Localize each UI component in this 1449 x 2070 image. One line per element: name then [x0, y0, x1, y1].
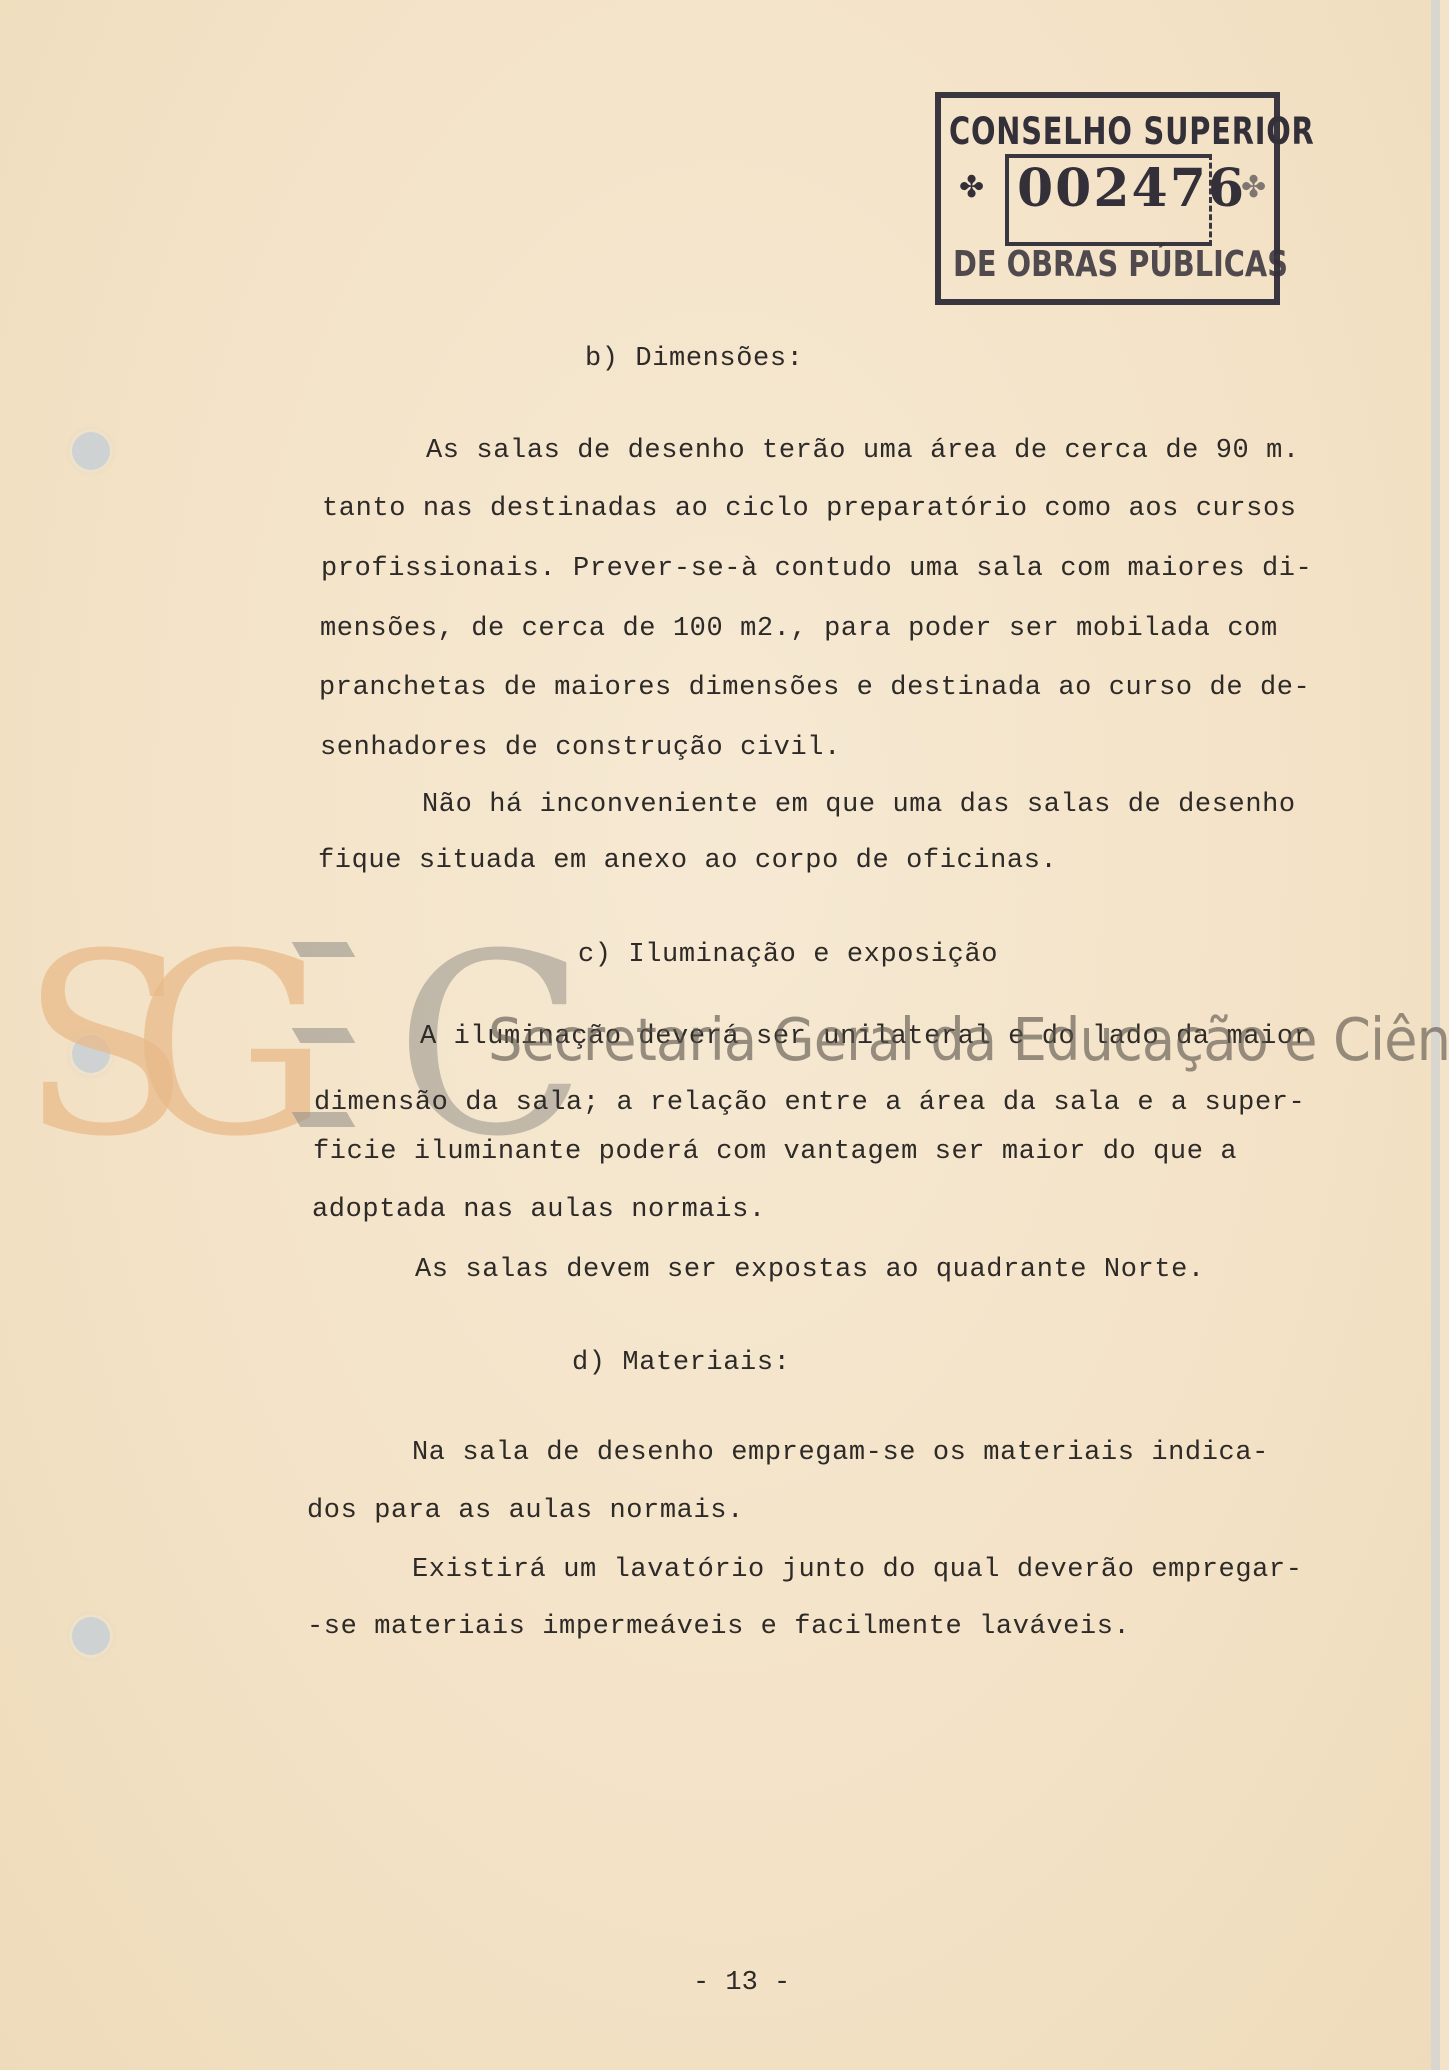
text-line: dos para as aulas normais.: [307, 1496, 744, 1526]
text-line: pranchetas de maiores dimensões e destin…: [319, 673, 1310, 703]
watermark-bar: [292, 942, 356, 957]
punch-hole: [72, 432, 110, 470]
section-heading: d) Materiais:: [572, 1348, 790, 1378]
document-page: CONSELHO SUPERIOR ✤ 002476 ✤ DE OBRAS PÚ…: [0, 0, 1440, 2070]
ornament-icon: ✤: [959, 170, 984, 205]
text-line: Na sala de desenho empregam-se os materi…: [412, 1438, 1269, 1468]
text-line: dimensão da sala; a relação entre a área…: [314, 1088, 1305, 1118]
ornament-icon: ✤: [1241, 170, 1266, 205]
watermark-bar: [292, 1028, 356, 1043]
text-line: Não há inconveniente em que uma das sala…: [422, 790, 1296, 820]
page-number: - 13 -: [693, 1968, 790, 1998]
registry-stamp: CONSELHO SUPERIOR ✤ 002476 ✤ DE OBRAS PÚ…: [935, 92, 1280, 305]
text-line: profissionais. Prever-se-à contudo uma s…: [321, 554, 1312, 584]
stamp-line-1: CONSELHO SUPERIOR: [949, 110, 1315, 153]
text-line: adoptada nas aulas normais.: [312, 1195, 766, 1225]
text-line: -se materiais impermeáveis e facilmente …: [307, 1612, 1130, 1642]
text-line: fique situada em anexo ao corpo de ofici…: [318, 846, 1057, 876]
text-line: As salas devem ser expostas ao quadrante…: [415, 1255, 1205, 1285]
section-heading: c) Iluminação e exposição: [578, 940, 998, 970]
text-line: senhadores de construção civil.: [320, 733, 841, 763]
text-line: mensões, de cerca de 100 m2., para poder…: [320, 614, 1278, 644]
stamp-line-3: DE OBRAS PÚBLICAS: [953, 244, 1288, 285]
text-line: tanto nas destinadas ao ciclo preparatór…: [322, 494, 1297, 524]
punch-hole: [72, 1617, 110, 1655]
text-line: ficie iluminante poderá com vantagem ser…: [313, 1137, 1237, 1167]
stamp-number: 002476: [1017, 158, 1246, 219]
text-line: Existirá um lavatório junto do qual deve…: [412, 1555, 1303, 1585]
section-heading: b) Dimensões:: [585, 344, 803, 374]
text-line: As salas de desenho terão uma área de ce…: [426, 436, 1300, 466]
watermark-text: Secretaria Geral da Educação e Ciência: [488, 1005, 1449, 1074]
